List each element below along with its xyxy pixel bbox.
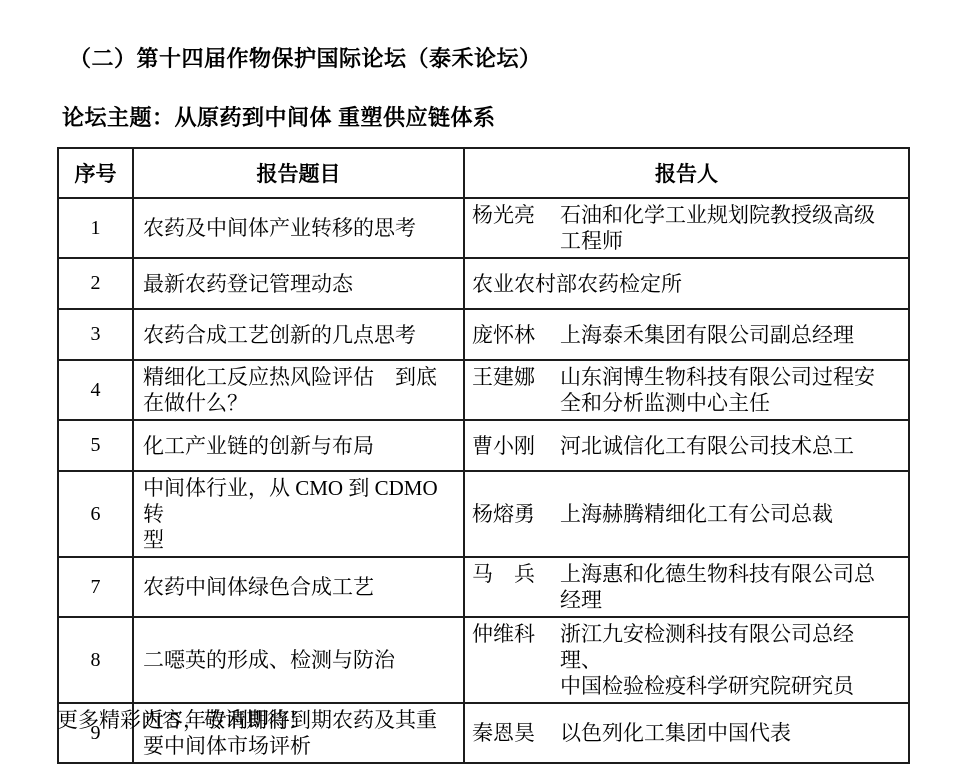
reporter-inner: 庞怀林上海泰禾集团有限公司副总经理: [472, 322, 894, 348]
reporter-inner: 杨光亮石油和化学工业规划院教授级高级 工程师: [472, 202, 894, 254]
table-row: 5化工产业链的创新与布局曹小刚河北诚信化工有限公司技术总工: [58, 420, 909, 471]
speaker-name: 王建娜: [472, 364, 560, 390]
reporter-cell: 曹小刚河北诚信化工有限公司技术总工: [464, 420, 909, 471]
reporter-inner: 秦恩昊以色列化工集团中国代表: [472, 720, 894, 746]
report-title: 精细化工反应热风险评估 到底 在做什么？: [133, 360, 464, 420]
reporter-inner: 仲维科浙江九安检测科技有限公司总经理、 中国检验检疫科学研究院研究员: [472, 621, 894, 699]
speaker-affiliation: 河北诚信化工有限公司技术总工: [560, 433, 894, 459]
agenda-table-header: 序号 报告题目 报告人: [58, 148, 909, 198]
footer-note: 更多精彩内容，敬请期待！: [57, 704, 309, 734]
col-header-reporter: 报告人: [464, 148, 909, 198]
speaker-name: 秦恩昊: [472, 720, 560, 746]
speaker-affiliation: 上海泰禾集团有限公司副总经理: [560, 322, 894, 348]
reporter-inner: 曹小刚河北诚信化工有限公司技术总工: [472, 433, 894, 459]
table-row: 6中间体行业，从 CMO 到 CDMO 转 型杨熔勇上海赫腾精细化工有公司总裁: [58, 471, 909, 557]
reporter-cell: 马 兵上海惠和化德生物科技有限公司总 经理: [464, 557, 909, 617]
document-page: （二）第十四届作物保护国际论坛（泰禾论坛） 论坛主题：从原药到中间体 重塑供应链…: [0, 0, 960, 766]
table-row: 3农药合成工艺创新的几点思考庞怀林上海泰禾集团有限公司副总经理: [58, 309, 909, 360]
reporter-inner: 马 兵上海惠和化德生物科技有限公司总 经理: [472, 561, 894, 613]
section-heading: （二）第十四届作物保护国际论坛（泰禾论坛）: [69, 42, 542, 73]
speaker-name: 曹小刚: [472, 433, 560, 459]
speaker-affiliation: 农业农村部农药检定所: [472, 271, 894, 297]
row-number: 4: [58, 360, 133, 420]
reporter-cell: 杨光亮石油和化学工业规划院教授级高级 工程师: [464, 198, 909, 258]
speaker-name: 仲维科: [472, 621, 560, 647]
reporter-cell: 仲维科浙江九安检测科技有限公司总经理、 中国检验检疫科学研究院研究员: [464, 617, 909, 703]
report-title: 中间体行业，从 CMO 到 CDMO 转 型: [133, 471, 464, 557]
reporter-cell: 杨熔勇上海赫腾精细化工有公司总裁: [464, 471, 909, 557]
table-row: 1农药及中间体产业转移的思考杨光亮石油和化学工业规划院教授级高级 工程师: [58, 198, 909, 258]
report-title: 化工产业链的创新与布局: [133, 420, 464, 471]
speaker-name: 马 兵: [472, 561, 560, 587]
agenda-table-body: 1农药及中间体产业转移的思考杨光亮石油和化学工业规划院教授级高级 工程师2最新农…: [58, 198, 909, 763]
forum-theme: 论坛主题：从原药到中间体 重塑供应链体系: [62, 101, 496, 132]
speaker-affiliation: 石油和化学工业规划院教授级高级 工程师: [560, 202, 894, 254]
reporter-cell: 农业农村部农药检定所: [464, 258, 909, 309]
speaker-affiliation: 浙江九安检测科技有限公司总经理、 中国检验检疫科学研究院研究员: [560, 621, 894, 699]
row-number: 5: [58, 420, 133, 471]
speaker-affiliation: 山东润博生物科技有限公司过程安 全和分析监测中心主任: [560, 364, 894, 416]
reporter-cell: 王建娜山东润博生物科技有限公司过程安 全和分析监测中心主任: [464, 360, 909, 420]
col-header-report-title: 报告题目: [133, 148, 464, 198]
table-row: 2最新农药登记管理动态农业农村部农药检定所: [58, 258, 909, 309]
report-title: 最新农药登记管理动态: [133, 258, 464, 309]
reporter-inner: 王建娜山东润博生物科技有限公司过程安 全和分析监测中心主任: [472, 364, 894, 416]
report-title: 二噁英的形成、检测与防治: [133, 617, 464, 703]
speaker-affiliation: 上海赫腾精细化工有公司总裁: [560, 501, 894, 527]
speaker-affiliation: 上海惠和化德生物科技有限公司总 经理: [560, 561, 894, 613]
report-title: 农药合成工艺创新的几点思考: [133, 309, 464, 360]
row-number: 8: [58, 617, 133, 703]
speaker-name: 杨光亮: [472, 202, 560, 228]
table-row: 4精细化工反应热风险评估 到底 在做什么？王建娜山东润博生物科技有限公司过程安 …: [58, 360, 909, 420]
row-number: 2: [58, 258, 133, 309]
col-header-index: 序号: [58, 148, 133, 198]
report-title: 农药中间体绿色合成工艺: [133, 557, 464, 617]
agenda-table: 序号 报告题目 报告人 1农药及中间体产业转移的思考杨光亮石油和化学工业规划院教…: [57, 147, 910, 764]
row-number: 3: [58, 309, 133, 360]
speaker-name: 庞怀林: [472, 322, 560, 348]
reporter-inner: 农业农村部农药检定所: [472, 271, 894, 297]
table-row: 8二噁英的形成、检测与防治仲维科浙江九安检测科技有限公司总经理、 中国检验检疫科…: [58, 617, 909, 703]
speaker-name: 杨熔勇: [472, 501, 560, 527]
table-row: 7农药中间体绿色合成工艺马 兵上海惠和化德生物科技有限公司总 经理: [58, 557, 909, 617]
row-number: 6: [58, 471, 133, 557]
speaker-affiliation: 以色列化工集团中国代表: [560, 720, 894, 746]
row-number: 1: [58, 198, 133, 258]
header-row: 序号 报告题目 报告人: [58, 148, 909, 198]
reporter-inner: 杨熔勇上海赫腾精细化工有公司总裁: [472, 501, 894, 527]
report-title: 农药及中间体产业转移的思考: [133, 198, 464, 258]
reporter-cell: 秦恩昊以色列化工集团中国代表: [464, 703, 909, 763]
reporter-cell: 庞怀林上海泰禾集团有限公司副总经理: [464, 309, 909, 360]
row-number: 7: [58, 557, 133, 617]
